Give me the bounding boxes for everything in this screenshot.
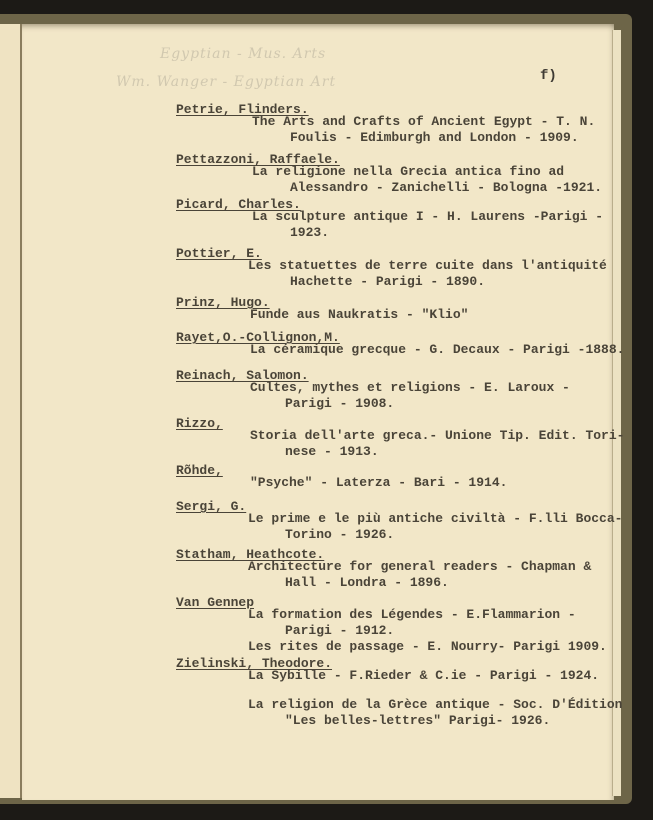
entry-author: Rizzo, bbox=[176, 416, 223, 431]
entry-citation-line: Parigi - 1912. bbox=[285, 623, 394, 638]
entry-citation-line: La formation des Légendes - E.Flammarion… bbox=[248, 607, 576, 622]
entry-citation-line: Funde aus Naukratis - "Klio" bbox=[250, 307, 468, 322]
entry-citation-line: Les statuettes de terre cuite dans l'ant… bbox=[248, 258, 607, 273]
entry-citation-line: Hall - Londra - 1896. bbox=[285, 575, 449, 590]
entry-citation-line: Storia dell'arte greca.- Unione Tip. Edi… bbox=[250, 428, 624, 443]
entry-citation-line: Torino - 1926. bbox=[285, 527, 394, 542]
entry-author: Van Gennep bbox=[176, 595, 254, 610]
entry-author: Sergi, G. bbox=[176, 499, 246, 514]
pencil-note: Egyptian - Mus. Arts bbox=[160, 46, 326, 62]
entry-citation-line: La Sybille - F.Rieder & C.ie - Parigi - … bbox=[248, 668, 599, 683]
entry-citation-line: Foulis - Edimburgh and London - 1909. bbox=[290, 130, 579, 145]
page-marker: f) bbox=[540, 68, 557, 84]
entry-citation-line: Architecture for general readers - Chapm… bbox=[248, 559, 591, 574]
entry-author: Rõhde, bbox=[176, 463, 223, 478]
page-stack-edge bbox=[612, 30, 621, 796]
entry-citation-line: nese - 1913. bbox=[285, 444, 379, 459]
left-page-edge bbox=[0, 24, 22, 798]
entry-citation-line: La religion de la Grèce antique - Soc. D… bbox=[248, 697, 622, 712]
entry-citation-line: Le prime e le più antiche civiltà - F.ll… bbox=[248, 511, 622, 526]
entry-citation-line: "Psyche" - Laterza - Bari - 1914. bbox=[250, 475, 507, 490]
entry-citation-line: Hachette - Parigi - 1890. bbox=[290, 274, 485, 289]
entry-citation-line: Parigi - 1908. bbox=[285, 396, 394, 411]
entry-citation-line: Les rites de passage - E. Nourry- Parigi… bbox=[248, 639, 607, 654]
entry-citation-line: 1923. bbox=[290, 225, 329, 240]
entry-citation-line: La sculpture antique I - H. Laurens -Par… bbox=[252, 209, 603, 224]
entry-citation-line: Cultes, mythes et religions - E. Laroux … bbox=[250, 380, 570, 395]
entry-citation-line: Alessandro - Zanichelli - Bologna -1921. bbox=[290, 180, 602, 195]
entry-citation-line: La céramique grecque - G. Decaux - Parig… bbox=[250, 342, 624, 357]
entry-citation-line: The Arts and Crafts of Ancient Egypt - T… bbox=[252, 114, 595, 129]
entry-citation-line: "Les belles-lettres" Parigi- 1926. bbox=[285, 713, 550, 728]
pencil-note: Wm. Wanger - Egyptian Art bbox=[116, 74, 336, 90]
entry-citation-line: La religione nella Grecia antica fino ad bbox=[252, 164, 564, 179]
